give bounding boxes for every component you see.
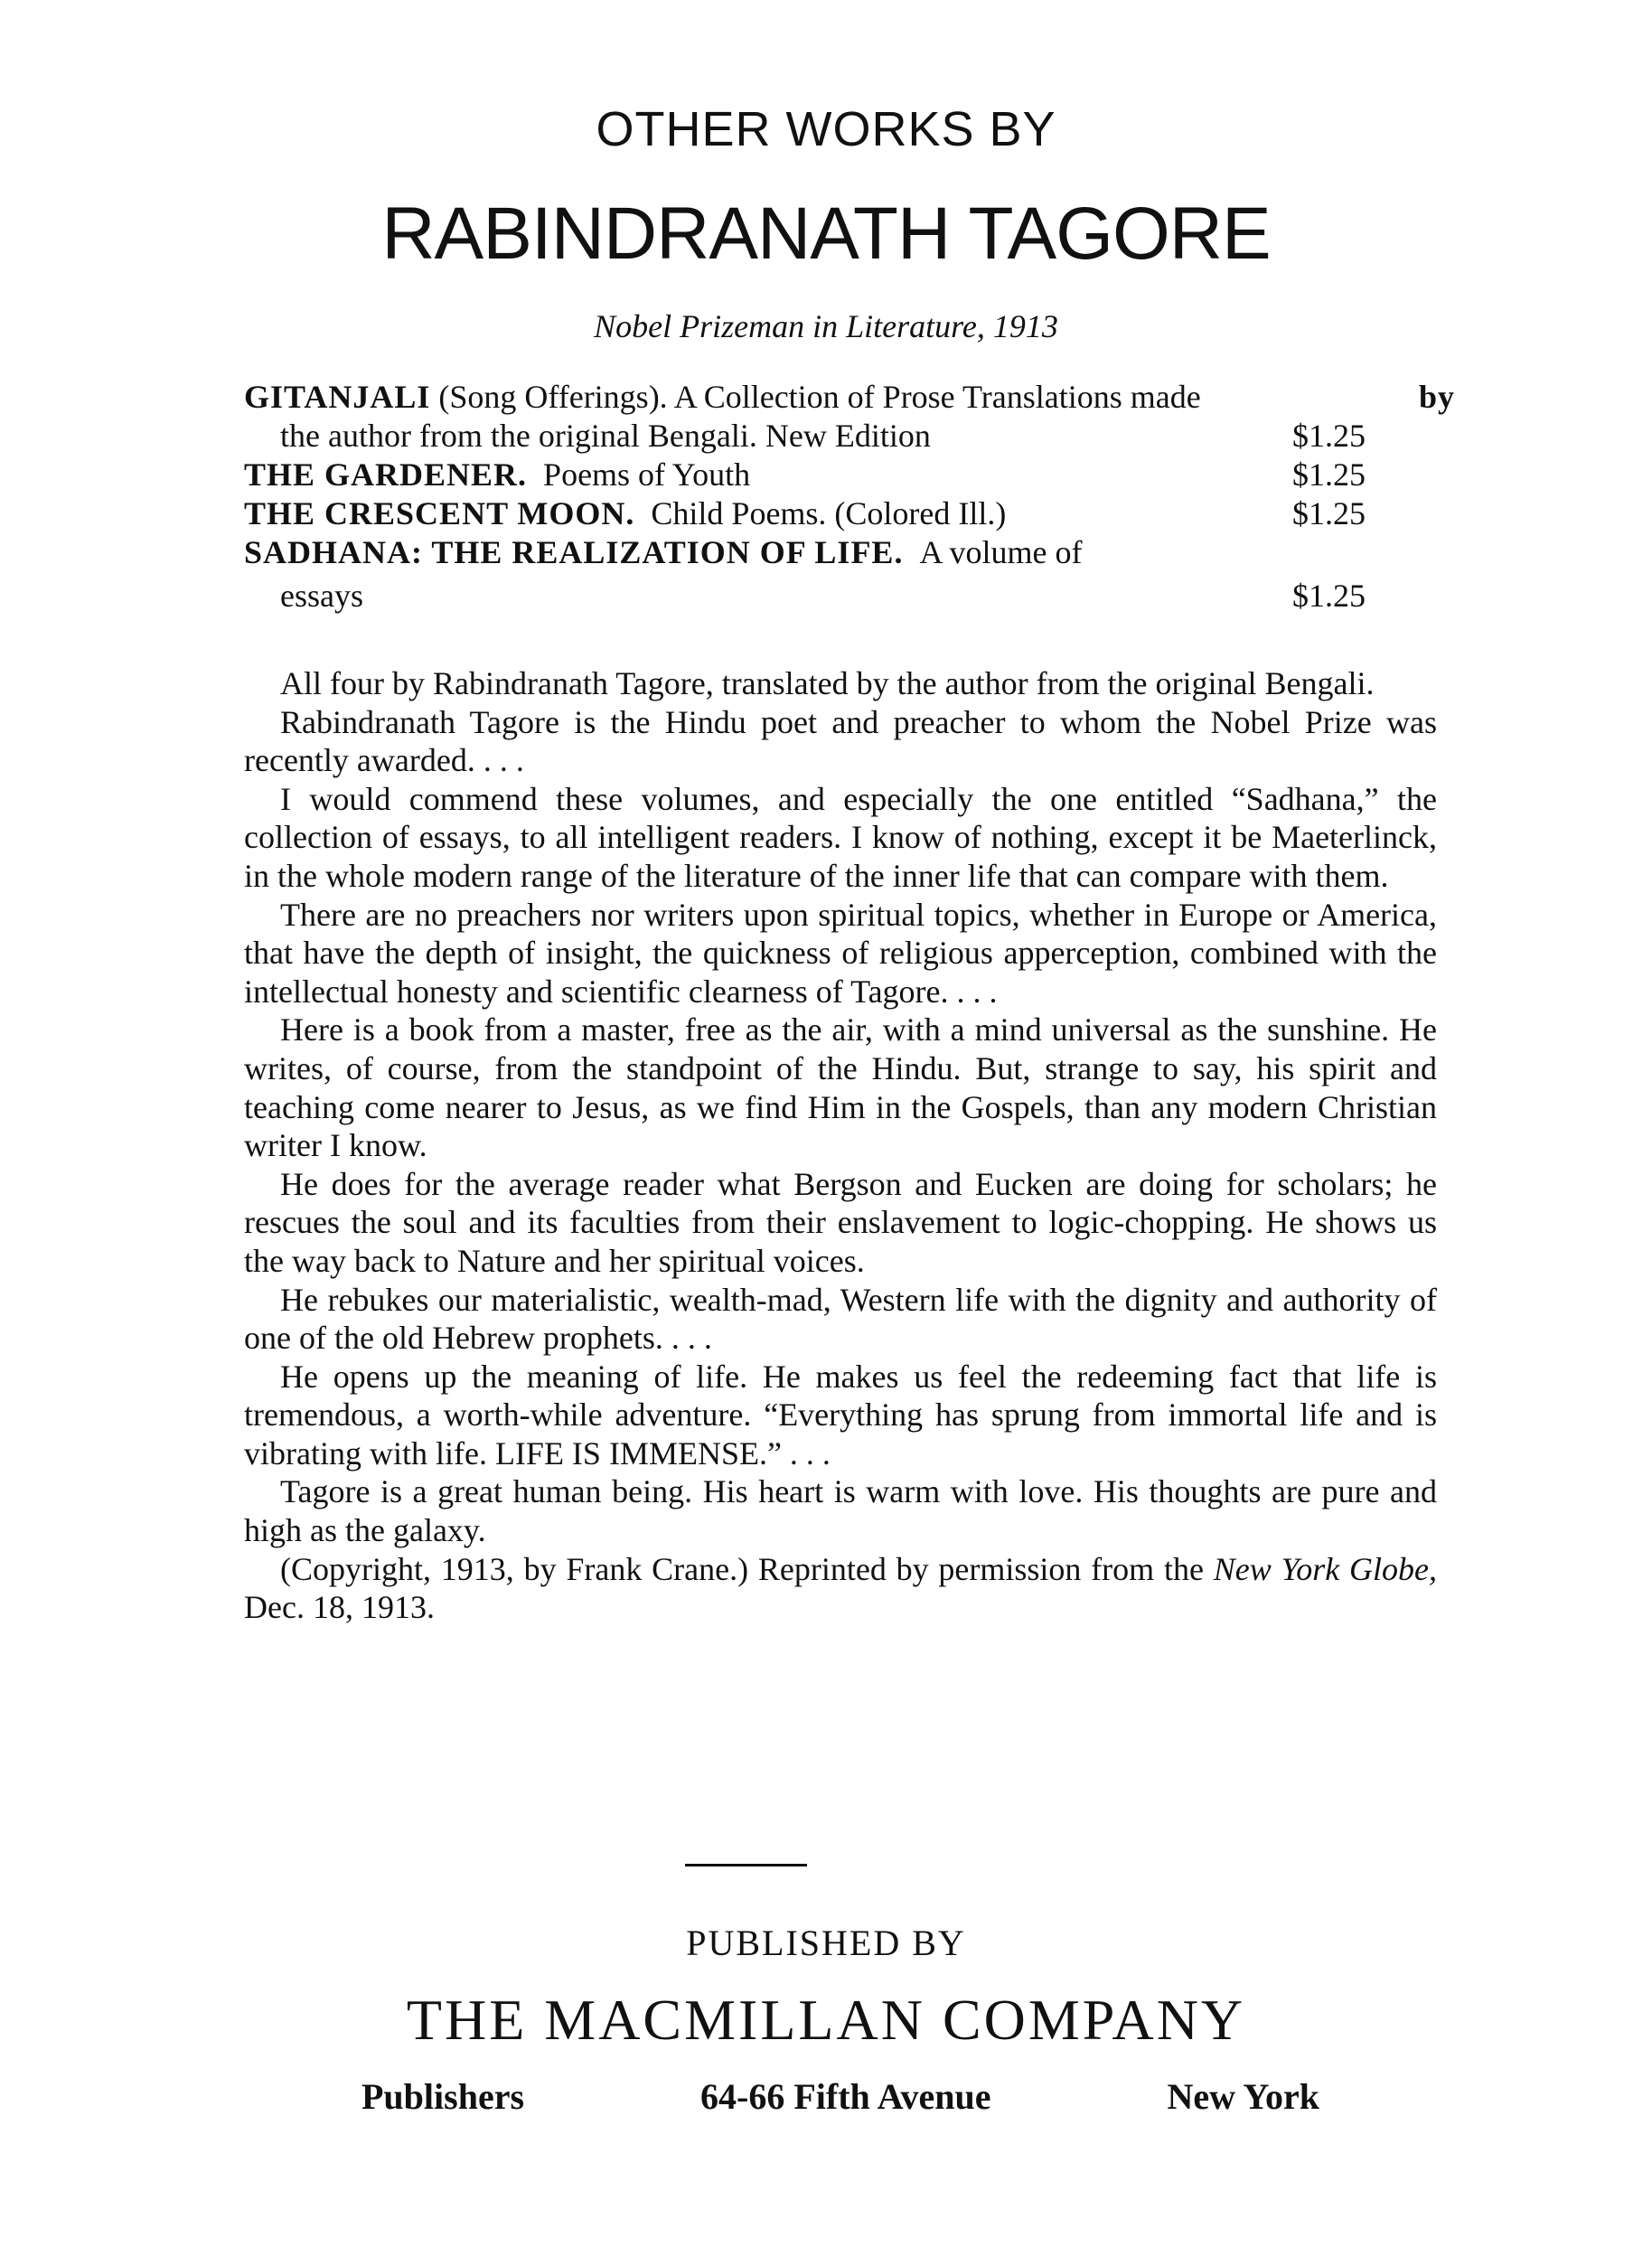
review-paragraph: He opens up the meaning of life. He make… bbox=[244, 1358, 1437, 1473]
publisher-address: 64-66 Fifth Avenue bbox=[700, 2075, 990, 2118]
works-list: GITANJALI (Song Offerings). A Collection… bbox=[244, 378, 1455, 619]
credit-date: Dec. 18, 1913. bbox=[244, 1589, 435, 1625]
work-price: $1.25 bbox=[1292, 417, 1366, 456]
work-title: GITANJALI bbox=[244, 379, 430, 415]
work-crescent-moon: THE CRESCENT MOON. Child Poems. (Colored… bbox=[244, 494, 1455, 533]
work-sadhana: SADHANA: THE REALIZATION OF LIFE. A volu… bbox=[244, 533, 1455, 572]
header-other-works: OTHER WORKS BY bbox=[0, 101, 1652, 157]
work-gitanjali: GITANJALI (Song Offerings). A Collection… bbox=[244, 378, 1455, 417]
work-description: (Song Offerings). A Collection of Prose … bbox=[438, 379, 1200, 415]
work-gitanjali-line2: the author from the original Bengali. Ne… bbox=[244, 417, 1455, 456]
work-title: THE GARDENER. bbox=[244, 456, 527, 493]
review-text: All four by Rabindranath Tagore, transla… bbox=[244, 664, 1437, 1627]
credit-source: New York Globe, bbox=[1214, 1551, 1437, 1587]
review-paragraph: There are no preachers nor writers upon … bbox=[244, 896, 1437, 1011]
work-description: Child Poems. (Colored Ill.) bbox=[651, 495, 1006, 531]
published-by-label: PUBLISHED BY bbox=[0, 1922, 1652, 1964]
credit-prefix: (Copyright, 1913, by Frank Crane.) Repri… bbox=[280, 1551, 1204, 1587]
work-title: THE CRESCENT MOON. bbox=[244, 495, 634, 531]
review-paragraph: He rebukes our materialistic, wealth-mad… bbox=[244, 1281, 1437, 1358]
work-price: $1.25 bbox=[1292, 494, 1366, 533]
work-description: Poems of Youth bbox=[543, 456, 750, 493]
work-title: SADHANA: THE REALIZATION OF LIFE. bbox=[244, 534, 903, 570]
work-price: $1.25 bbox=[1292, 572, 1366, 619]
publisher-details: Publishers 64-66 Fifth Avenue New York bbox=[361, 2075, 1319, 2118]
advertisement-page: OTHER WORKS BY RABINDRANATH TAGORE Nobel… bbox=[0, 0, 1652, 2266]
work-description: A volume of bbox=[919, 534, 1082, 570]
review-credit: (Copyright, 1913, by Frank Crane.) Repri… bbox=[244, 1550, 1437, 1627]
review-paragraph: I would commend these volumes, and espec… bbox=[244, 780, 1437, 896]
review-paragraph: Tagore is a great human being. His heart… bbox=[244, 1472, 1437, 1549]
publisher-role: Publishers bbox=[361, 2075, 524, 2118]
work-price: $1.25 bbox=[1292, 456, 1366, 494]
work-description: the author from the original Bengali. Ne… bbox=[244, 418, 931, 454]
work-gardener: THE GARDENER. Poems of Youth $1.25 bbox=[244, 456, 1455, 494]
publisher-name: THE MACMILLAN COMPANY bbox=[0, 1987, 1652, 2054]
review-paragraph: He does for the average reader what Berg… bbox=[244, 1165, 1437, 1281]
header-author-name: RABINDRANATH TAGORE bbox=[0, 192, 1652, 277]
review-paragraph: Rabindranath Tagore is the Hindu poet an… bbox=[244, 703, 1437, 780]
work-description-trail: by bbox=[1419, 378, 1455, 417]
divider-rule bbox=[685, 1864, 807, 1866]
work-description: essays bbox=[244, 578, 363, 614]
review-paragraph: All four by Rabindranath Tagore, transla… bbox=[244, 664, 1437, 703]
work-sadhana-line2: essays $1.25 bbox=[244, 572, 1455, 619]
review-paragraph: Here is a book from a master, free as th… bbox=[244, 1011, 1437, 1164]
header-subtitle: Nobel Prizeman in Literature, 1913 bbox=[0, 307, 1652, 345]
publisher-city: New York bbox=[1167, 2075, 1319, 2118]
